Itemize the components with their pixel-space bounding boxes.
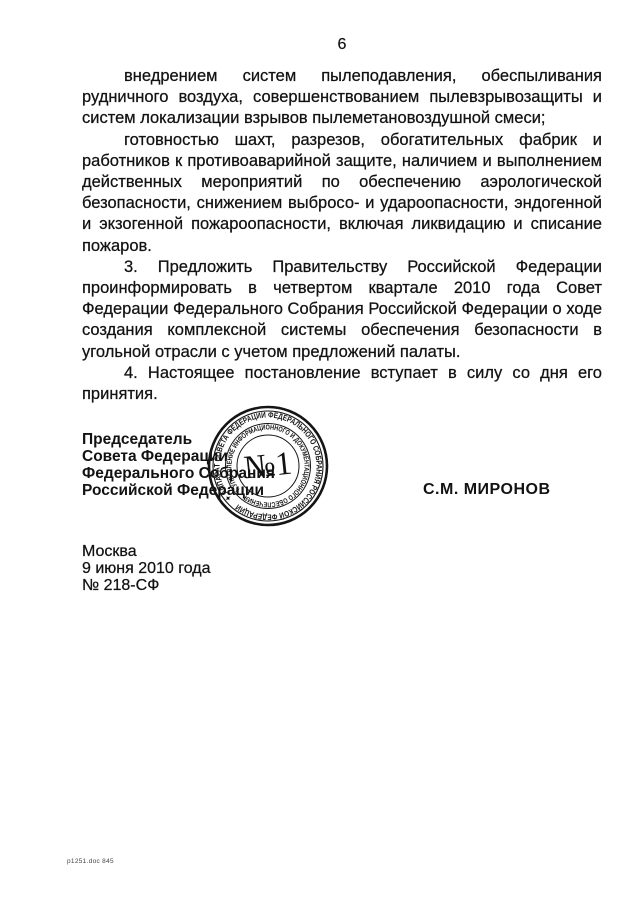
paragraph: готовностью шахт, разрезов, обогатительн… — [82, 130, 602, 257]
signatory-name: С.М. МИРОНОВ — [423, 481, 551, 499]
signature-title-line: Федерального Собрания — [82, 465, 275, 482]
signature-title-line: Российской Федерации — [82, 482, 275, 499]
document-number: № 218-СФ — [82, 577, 211, 594]
paragraph: 3. Предложить Правительству Российской Ф… — [82, 257, 602, 363]
issuance-place: Москва — [82, 543, 211, 560]
page-number: 6 — [82, 36, 602, 54]
issuance-date: 9 июня 2010 года — [82, 560, 211, 577]
document-body: внедрением систем пылеподавления, обеспы… — [82, 66, 602, 405]
footer-file-reference: р1251.doc 845 — [67, 858, 114, 865]
document-page: 6 внедрением систем пылеподавления, обес… — [0, 0, 640, 905]
paragraph: 4. Настоящее постановление вступает в си… — [82, 363, 602, 405]
issuance-block: Москва 9 июня 2010 года № 218-СФ — [82, 543, 211, 595]
signature-title-block: Председатель Совета Федерации Федерально… — [82, 431, 275, 499]
signature-title-line: Председатель — [82, 431, 275, 448]
signature-title-line: Совета Федерации — [82, 448, 275, 465]
paragraph: внедрением систем пылеподавления, обеспы… — [82, 66, 602, 130]
